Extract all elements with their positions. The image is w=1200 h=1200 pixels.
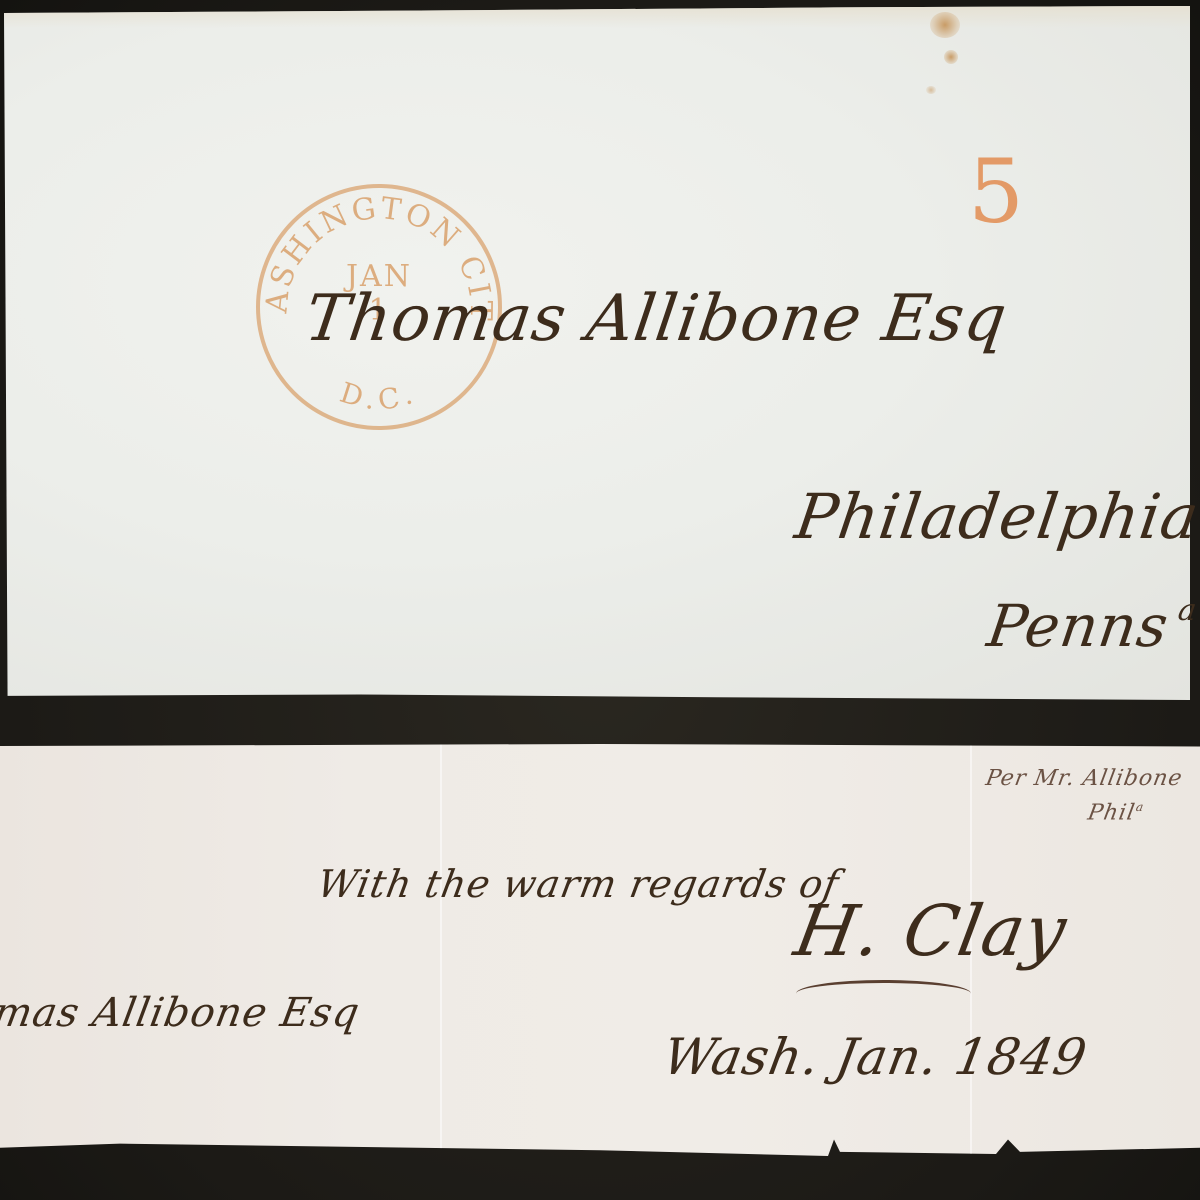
foxing-stain bbox=[930, 12, 960, 38]
postmark-state: D.C. bbox=[336, 376, 422, 417]
address-city: Philadelphia bbox=[791, 480, 1200, 553]
address-state-text: Penns bbox=[983, 592, 1173, 660]
note-forwarding-city: Phila bbox=[1086, 800, 1146, 825]
signature: H. Clay bbox=[789, 890, 1073, 972]
svg-text:D.C.: D.C. bbox=[336, 376, 422, 417]
foxing-stain bbox=[926, 86, 936, 94]
address-recipient-name: Thomas Allibone Esq bbox=[301, 282, 1012, 356]
note-date-line: Wash. Jan. 1849 bbox=[659, 1028, 1092, 1086]
note-forwarding-line: Per Mr. Allibone bbox=[984, 766, 1185, 791]
address-state: Pennsa bbox=[983, 592, 1200, 660]
signature-flourish bbox=[796, 980, 971, 1007]
note-recipient-line: mas Allibone Esq bbox=[0, 990, 364, 1036]
note-regards-line: With the warm regards of bbox=[314, 862, 843, 906]
fold-line bbox=[440, 744, 442, 1156]
note-forwarding-city-text: Phil bbox=[1086, 800, 1137, 825]
foxing-stain bbox=[944, 50, 958, 64]
postage-rate-mark: 5 bbox=[968, 148, 1024, 236]
